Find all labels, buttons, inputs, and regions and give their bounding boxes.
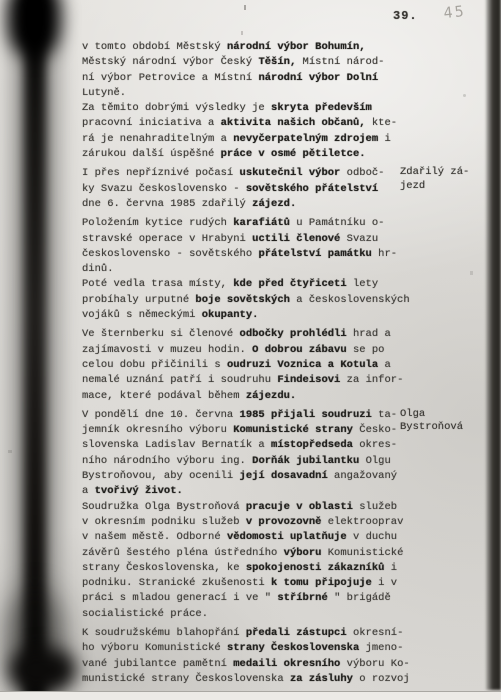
- text-line: Za těmito dobrými výsledky je skryta pře…: [82, 101, 418, 116]
- text-line: a tvořivý život.: [82, 484, 418, 499]
- text-line: Položením kytice rudých karafiátů u Pamá…: [82, 216, 418, 231]
- text-line: socialistické práce.: [82, 607, 418, 622]
- binding-shadow-top: [8, 0, 60, 56]
- scan-speck: [241, 31, 243, 35]
- paragraph: v tomto období Městský národní výbor Boh…: [82, 40, 418, 162]
- margin-note-line: Zdařilý zá-: [400, 166, 495, 180]
- text-line: podniku. Stranické zkušenosti k tomu při…: [82, 576, 418, 591]
- typewritten-text: v tomto období Městský národní výbor Boh…: [82, 40, 418, 687]
- text-line: jemník okresního výboru Komunistické str…: [82, 423, 418, 438]
- text-line: Městský národní výbor Český Těšín, Místn…: [82, 55, 418, 70]
- margin-note-line: jezd: [400, 180, 495, 194]
- text-line: Lutyně.: [82, 86, 418, 101]
- text-line: Bystroňovou, aby ocenili její dosavadní …: [82, 469, 418, 484]
- text-line: závěrů šestého pléna ústředního výboru K…: [82, 546, 418, 561]
- text-line: práci s mladou generací i ve " stříbrné …: [82, 591, 418, 606]
- text-line: dne 6. června 1985 zdařilý zájezd.: [82, 197, 418, 212]
- text-line: v okresním podniku služeb v provozovně e…: [82, 515, 418, 530]
- scan-speck: [8, 450, 12, 453]
- text-line: I přes nepříznivé počasí uskutečnil výbo…: [82, 166, 418, 181]
- text-line: Soudružka Olga Bystroňová pracuje v obla…: [82, 500, 418, 515]
- text-line: Ve šternberku si členové odbočky prohléd…: [82, 327, 418, 342]
- paragraph: I přes nepříznivé počasí uskutečnil výbo…: [82, 166, 418, 212]
- text-line: dinů.: [82, 262, 418, 277]
- text-line: zárukou další úspěšné práce v osmé pětil…: [82, 147, 418, 162]
- text-line: v našem městě. Odborné vědomosti uplatňu…: [82, 530, 418, 545]
- text-line: nemalé uznání patří i soudruhu Findeisov…: [82, 373, 418, 388]
- paragraph: Ve šternberku si členové odbočky prohléd…: [82, 327, 418, 403]
- text-line: ního národního výboru ing. Dorňák jubila…: [82, 454, 418, 469]
- bottom-page-edge: [0, 691, 501, 700]
- text-line: pracovní iniciativa a aktivita našich ob…: [82, 116, 418, 131]
- paragraph: K soudružskému blahopřání předali zástup…: [82, 626, 418, 687]
- text-line: K soudružskému blahopřání předali zástup…: [82, 626, 418, 641]
- scanned-document: { "page": { "page_number": "39.", "handw…: [0, 0, 501, 700]
- scan-speck: [470, 271, 473, 275]
- margin-note: OlgaBystroňová: [400, 408, 495, 435]
- text-line: Poté vedla trasa místy, kde před čtyřice…: [82, 277, 418, 292]
- handwritten-mark: 45: [443, 2, 467, 22]
- text-line: munistické strany Československa za zásl…: [82, 672, 418, 687]
- text-line: mace, které podával během zájezdu.: [82, 389, 418, 404]
- text-line: slovenska Ladislav Bernatík a místopředs…: [82, 438, 418, 453]
- text-line: V pondělí dne 10. června 1985 přijali so…: [82, 408, 418, 423]
- text-line: probíhaly urputné boje sovětských a česk…: [82, 293, 418, 308]
- text-line: v tomto období Městský národní výbor Boh…: [82, 40, 418, 55]
- margin-note-line: Bystroňová: [400, 421, 495, 435]
- text-line: vané jubilantce pamětní medaili okresníh…: [82, 657, 418, 672]
- paragraph: Položením kytice rudých karafiátů u Pamá…: [82, 216, 418, 323]
- margin-note-line: Olga: [400, 408, 495, 422]
- text-line: ky Svazu československo - sovětského přá…: [82, 182, 418, 197]
- text-line: ho výboru Komunistické strany Českoslove…: [82, 641, 418, 656]
- margin-note: Zdařilý zá-jezd: [400, 166, 495, 193]
- binding-shadow-bottom: [10, 648, 76, 692]
- text-line: ní výbor Petrovice a Místní národní výbo…: [82, 71, 418, 86]
- text-line: zajímavosti v muzeu hodin. O dobrou zába…: [82, 343, 418, 358]
- text-line: celou dobu přičinili s oudruzi Voznica a…: [82, 358, 418, 373]
- text-line: stravské operace v Hrabyni uctili členov…: [82, 232, 418, 247]
- paragraph: V pondělí dne 10. června 1985 přijali so…: [82, 408, 418, 622]
- page-number: 39.: [393, 9, 418, 23]
- right-scan-edge: [486, 0, 501, 690]
- text-line: rá je nenahraditelným a nevyčerpatelným …: [82, 132, 418, 147]
- scan-speck: [463, 94, 466, 97]
- text-line: strany Československa, ke spokojenosti z…: [82, 561, 418, 576]
- text-line: vojáků s německými okupanty.: [82, 308, 418, 323]
- scan-speck: [244, 5, 246, 10]
- text-line: československo - sovětského přátelství p…: [82, 247, 418, 262]
